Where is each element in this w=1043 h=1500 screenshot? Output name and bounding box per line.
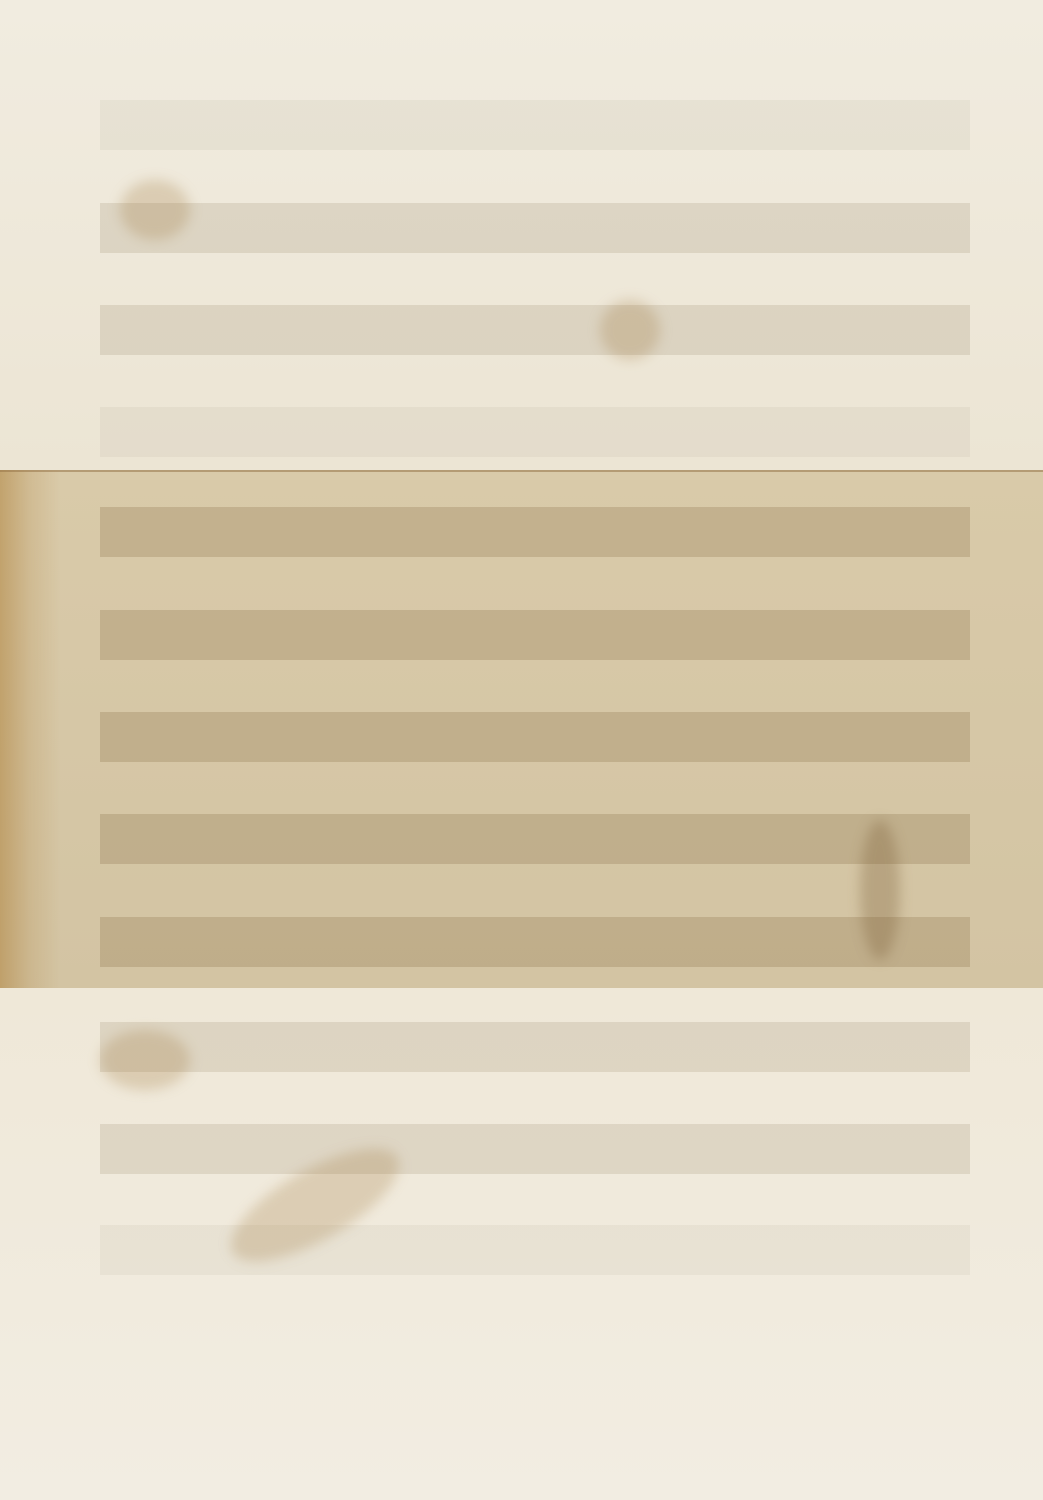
stain — [100, 1030, 190, 1090]
faded-bar — [100, 100, 970, 150]
faded-bar — [100, 712, 970, 762]
faded-bar — [100, 203, 970, 253]
faded-bar — [100, 814, 970, 864]
aged-paper — [0, 0, 1043, 1500]
faded-bar — [100, 610, 970, 660]
faded-bar — [100, 407, 970, 457]
stain — [120, 180, 190, 240]
stain — [860, 820, 900, 960]
faded-bar — [100, 305, 970, 355]
faded-bar — [100, 1022, 970, 1072]
faded-bar — [100, 1124, 970, 1174]
faded-bar — [100, 917, 970, 967]
faded-bar — [100, 507, 970, 557]
stain — [600, 300, 660, 360]
